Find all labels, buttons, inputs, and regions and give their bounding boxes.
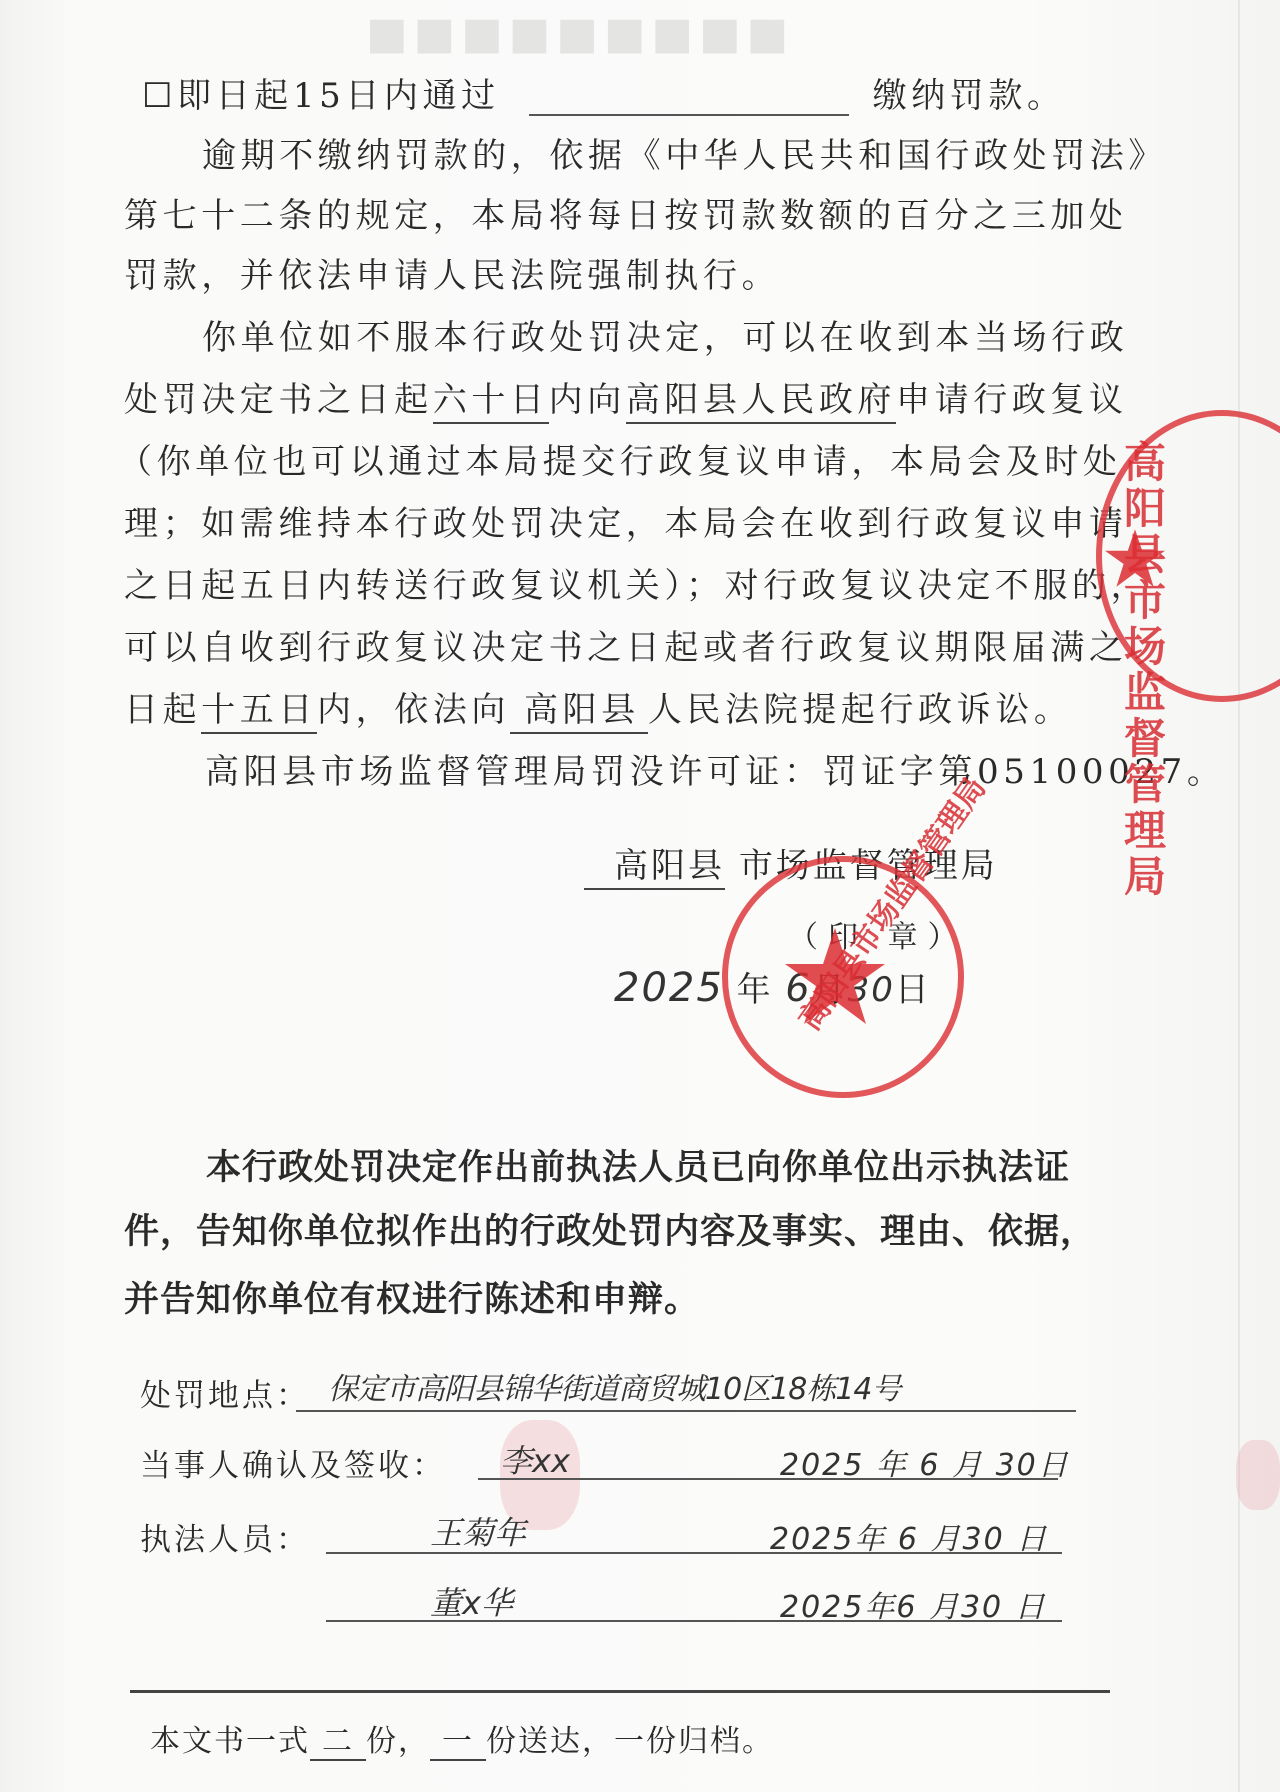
- location-value[interactable]: 保定市高阳县锦华街道商贸城10区18栋14号: [328, 1364, 901, 1408]
- footer-divider: [130, 1690, 1110, 1693]
- late-payment-line-2: 第七十二条的规定，本局将每日按罚款数额的百分之三加处: [124, 196, 1128, 236]
- footer-text: 本文书一式: [150, 1724, 310, 1759]
- late-payment-line-3: 罚款，并依法申请人民法院强制执行。: [124, 256, 780, 296]
- appeal-line-5: 之日起五日内转送行政复议机关）；对行政复议决定不服的，: [124, 566, 1149, 606]
- appeal-text: 处罚决定书之日起: [124, 380, 433, 420]
- lawsuit-days: 十五日: [201, 690, 317, 734]
- total-copies: 二: [310, 1724, 366, 1761]
- party-label: 当事人确认及签收：: [140, 1440, 446, 1485]
- document-page: ■■■■■■■■■ ☐即日起15日内通过 缴纳罚款。 逾期不缴纳罚款的，依据《中…: [0, 0, 1280, 1792]
- appeal-line-6: 可以自收到行政复议决定书之日起或者行政复议期限届满之: [124, 628, 1128, 668]
- payment-prefix: 即日起15日内通过: [177, 76, 500, 116]
- issuer-county: 高阳县: [584, 846, 725, 890]
- checkbox-icon[interactable]: ☐: [142, 76, 177, 116]
- appeal-line-4: 理；如需维持本行政处罚决定，本局会在收到行政复议申请: [124, 504, 1128, 544]
- appeal-text: 内向: [549, 380, 626, 420]
- party-signature[interactable]: 李xx: [500, 1436, 570, 1482]
- location-label: 处罚地点：: [140, 1370, 310, 1415]
- page-edge-divider: [1238, 0, 1240, 1792]
- footer-text: 份，: [366, 1724, 430, 1759]
- red-ink-smudge: [1236, 1440, 1280, 1510]
- officer1-signature[interactable]: 王菊年: [430, 1508, 526, 1554]
- location-underline: [296, 1410, 1076, 1412]
- appeal-line-3: （你单位也可以通过本局提交行政复议申请，本局会及时处: [118, 442, 1122, 482]
- officer-label: 执法人员：: [140, 1514, 310, 1559]
- notice-line-3: 并告知你单位有权进行陈述和申辩。: [124, 1280, 700, 1320]
- party-underline: [478, 1478, 1058, 1480]
- notice-line-2: 件，告知你单位拟作出的行政处罚内容及事实、理由、依据，: [124, 1212, 1096, 1252]
- officer2-signature[interactable]: 董x华: [430, 1578, 513, 1624]
- appeal-text: 日起: [124, 690, 201, 730]
- footer-copies-line: 本文书一式二份，一份送达，一份归档。: [150, 1722, 774, 1762]
- review-government: 高阳县人民政府: [626, 380, 896, 424]
- payment-suffix: 缴纳罚款。: [873, 76, 1066, 116]
- appeal-text: 申请行政复议: [896, 380, 1128, 420]
- appeal-line-7: 日起十五日内，依法向高阳县人民法院提起行政诉讼。: [124, 690, 1072, 730]
- issue-date-year: 2025: [614, 965, 724, 1011]
- side-seal-star-icon: [1105, 528, 1165, 588]
- appeal-line-2: 处罚决定书之日起六十日内向高阳县人民政府申请行政复议: [124, 380, 1128, 420]
- served-copies: 一: [430, 1724, 486, 1761]
- side-seal-text: 高阳县市场监督管理局: [1112, 440, 1172, 900]
- officer1-underline: [326, 1552, 1062, 1554]
- court-county: 高阳县: [510, 690, 648, 734]
- appeal-text: 内，依法向: [317, 690, 510, 730]
- officer2-underline: [326, 1620, 1062, 1622]
- footer-text: 份送达，一份归档。: [486, 1724, 774, 1759]
- appeal-line-1: 你单位如不服本行政处罚决定，可以在收到本当场行政: [202, 318, 1128, 358]
- license-line: 高阳县市场监督管理局罚没许可证：罚证字第05100027。: [205, 752, 1225, 792]
- notice-line-1: 本行政处罚决定作出前执法人员已向你单位出示执法证: [206, 1148, 1070, 1188]
- payment-method-blank[interactable]: [529, 84, 849, 116]
- late-payment-line-1: 逾期不缴纳罚款的，依据《中华人民共和国行政处罚法》: [202, 136, 1167, 176]
- payment-line: ☐即日起15日内通过 缴纳罚款。: [142, 76, 1066, 116]
- bleed-through-header: ■■■■■■■■■: [360, 8, 788, 59]
- appeal-text: 人民法院提起行政诉讼。: [648, 690, 1073, 730]
- appeal-days: 六十日: [433, 380, 549, 424]
